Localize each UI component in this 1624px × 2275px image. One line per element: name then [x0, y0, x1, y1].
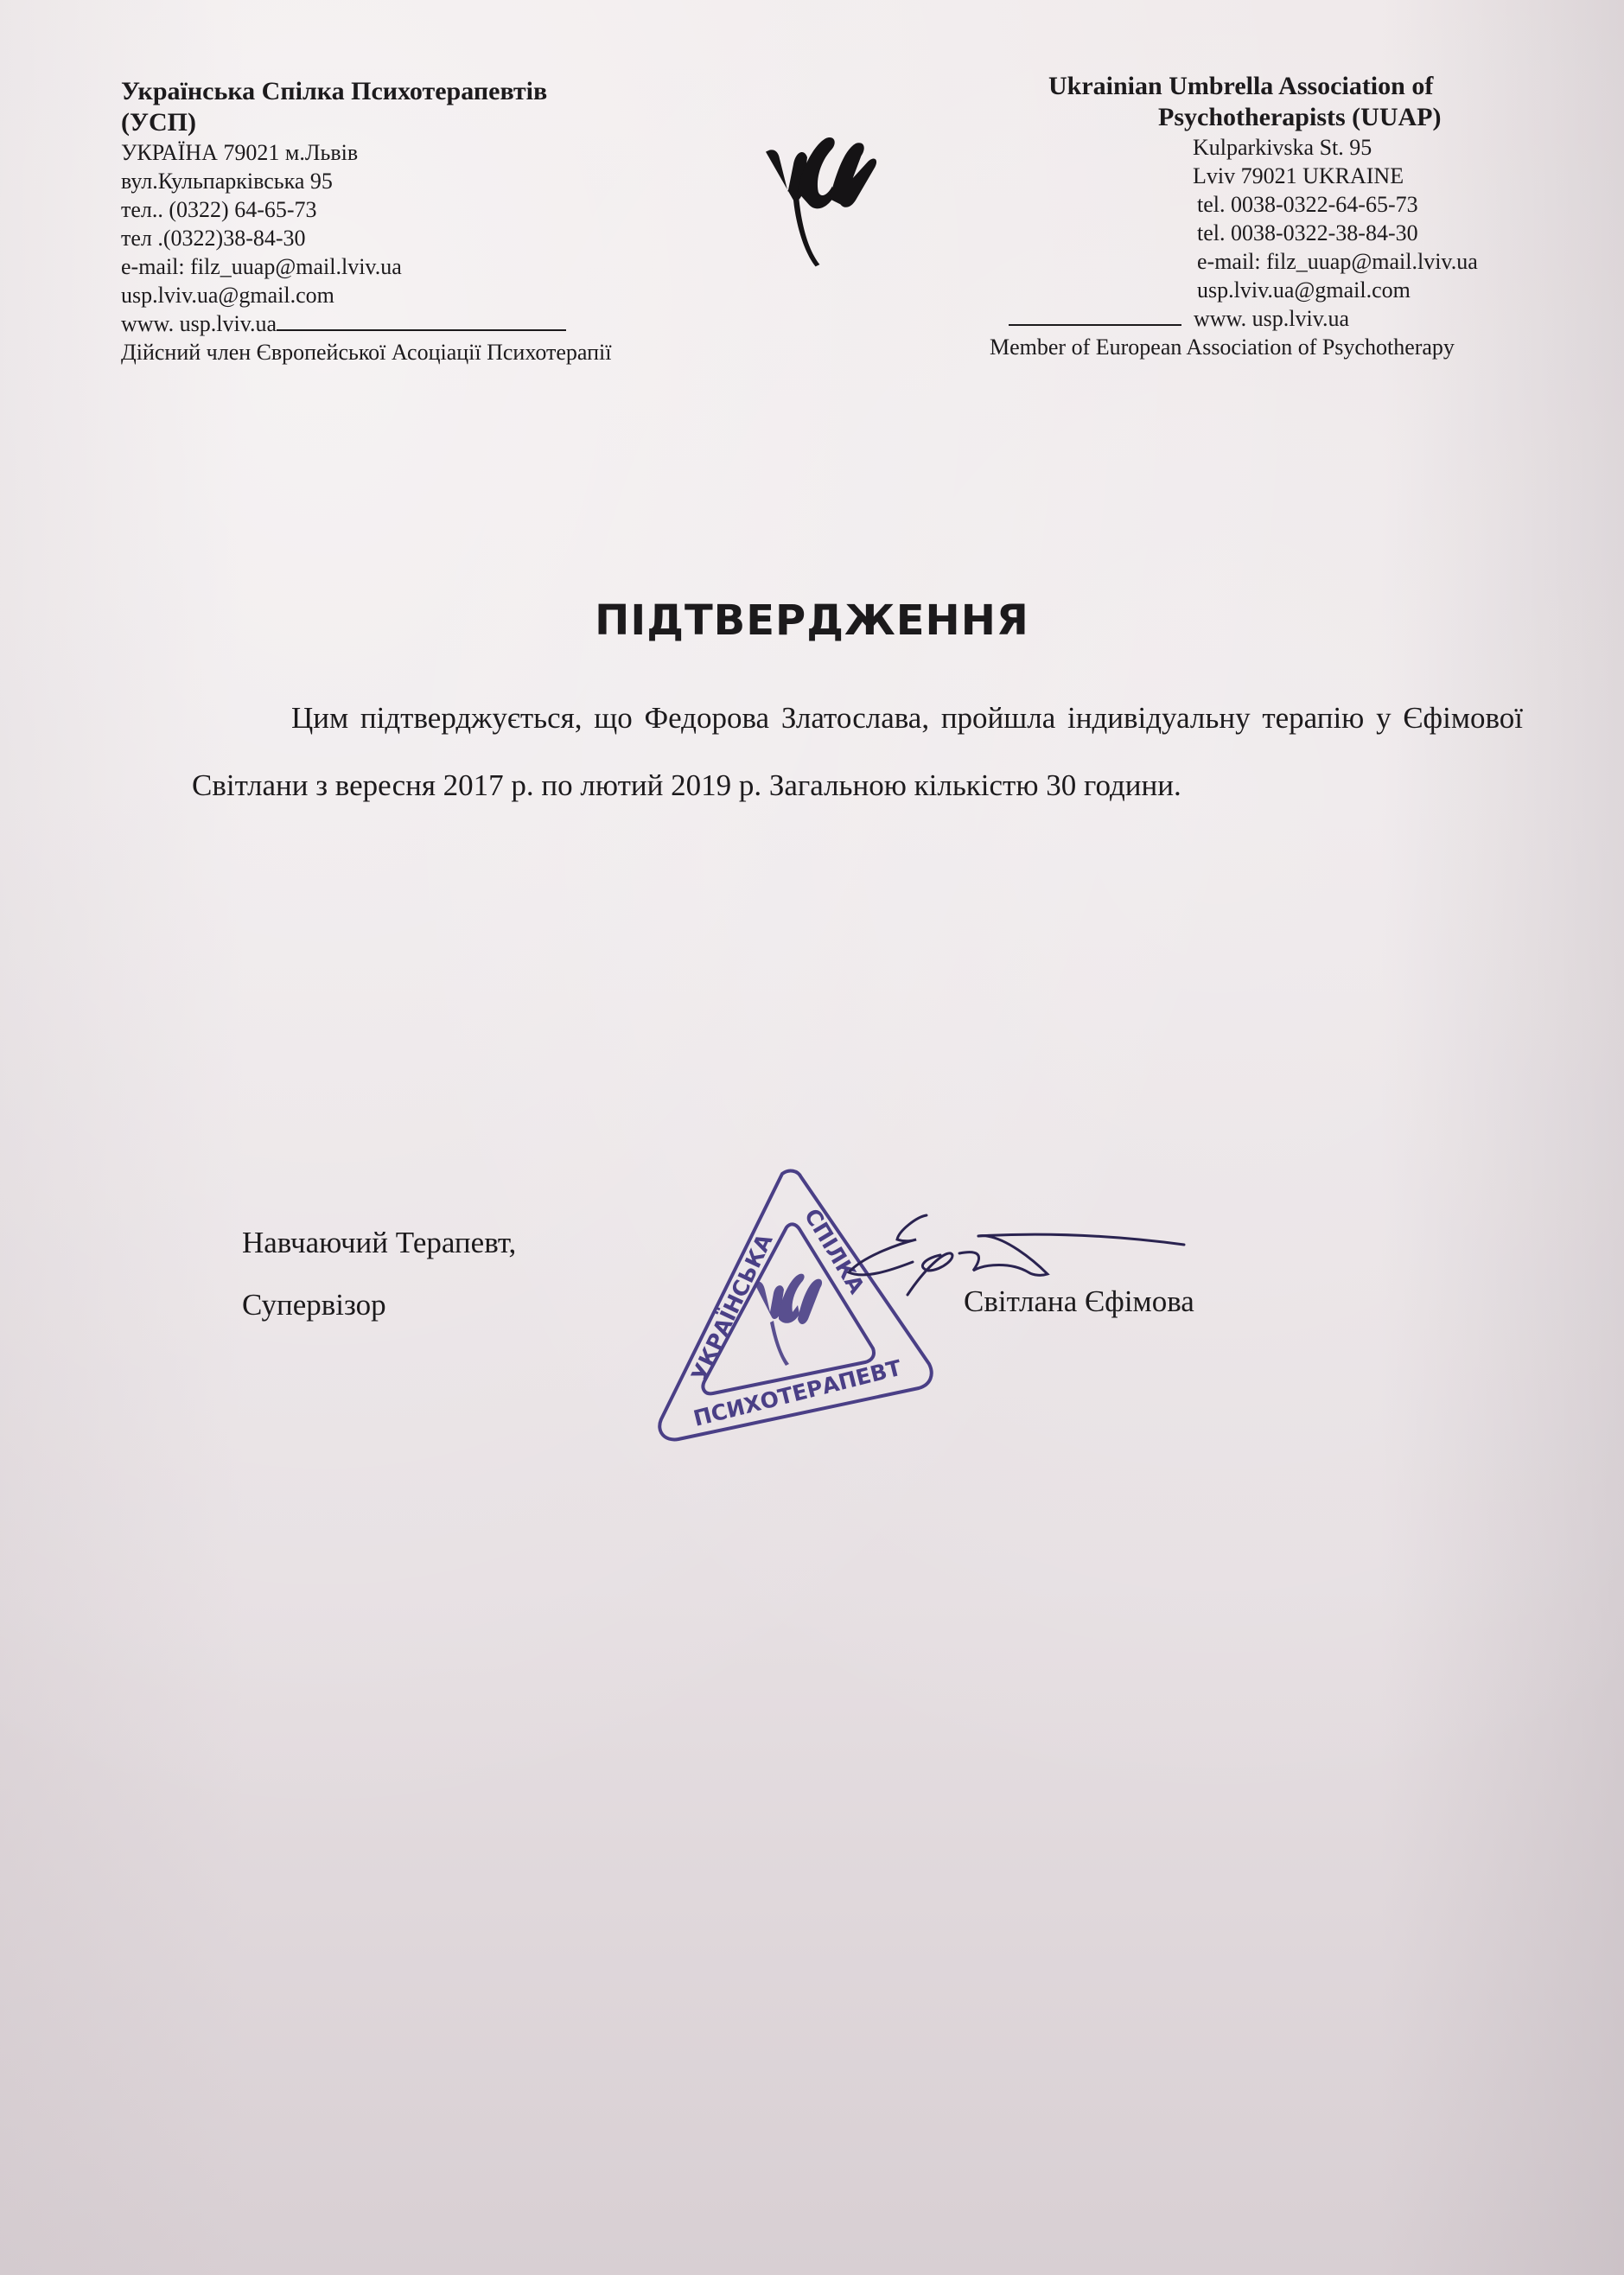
website-row-en: www. usp.lviv.ua — [985, 304, 1556, 333]
divider-line — [277, 312, 566, 331]
phone-1-en: tel. 0038-0322-64-65-73 — [985, 190, 1556, 219]
usp-logo-icon — [752, 117, 890, 281]
signer-role-2: Супервізор — [242, 1288, 386, 1322]
signer-role-1: Навчаючий Терапевт, — [242, 1226, 516, 1260]
email-1: e-mail: filz_uuap@mail.lviv.ua — [121, 252, 726, 281]
email-2: usp.lviv.ua@gmail.com — [121, 281, 726, 309]
website: www. usp.lviv.ua — [121, 311, 277, 336]
stamp-logo-icon — [755, 1274, 822, 1366]
address-line-1: УКРАЇНА 79021 м.Львів — [121, 138, 726, 167]
email-1-en: e-mail: filz_uuap@mail.lviv.ua — [985, 247, 1556, 276]
document-title: ПІДТВЕРДЖЕННЯ — [0, 596, 1624, 645]
phone-1: тел.. (0322) 64-65-73 — [121, 195, 726, 224]
membership-ua: Дійсний член Європейської Асоціації Псих… — [121, 338, 726, 366]
address-line-1-en: Kulparkivska St. 95 — [985, 133, 1556, 162]
email-2-en: usp.lviv.ua@gmail.com — [985, 276, 1556, 304]
stamp-text-left: УКРАЇНСЬКА — [686, 1229, 778, 1385]
phone-2: тел .(0322)38-84-30 — [121, 224, 726, 252]
membership-en: Member of European Association of Psycho… — [985, 333, 1556, 361]
address-line-2: вул.Кульпарківська 95 — [121, 167, 726, 195]
divider-line — [1009, 307, 1181, 326]
signer-name: Світлана Єфімова — [964, 1284, 1194, 1319]
phone-2-en: tel. 0038-0322-38-84-30 — [985, 219, 1556, 247]
address-line-2-en: Lviv 79021 UKRAINE — [985, 162, 1556, 190]
website-row: www. usp.lviv.ua — [121, 309, 726, 338]
org-name-en: Ukrainian Umbrella Association of — [985, 71, 1556, 102]
website-en: www. usp.lviv.ua — [1194, 306, 1349, 331]
confirmation-text: Цим підтверджується, що Федорова Златосл… — [192, 685, 1523, 819]
org-abbr-en: Psychotherapists (UUAP) — [985, 102, 1556, 133]
org-name-ua: Українська Спілка Психотерапевтів — [121, 76, 726, 107]
letterhead-left: Українська Спілка Психотерапевтів (УСП) … — [121, 76, 726, 366]
letterhead-right: Ukrainian Umbrella Association of Psycho… — [985, 71, 1556, 361]
org-abbr-ua: (УСП) — [121, 107, 726, 138]
document-body: Цим підтверджується, що Федорова Златосл… — [192, 685, 1523, 819]
